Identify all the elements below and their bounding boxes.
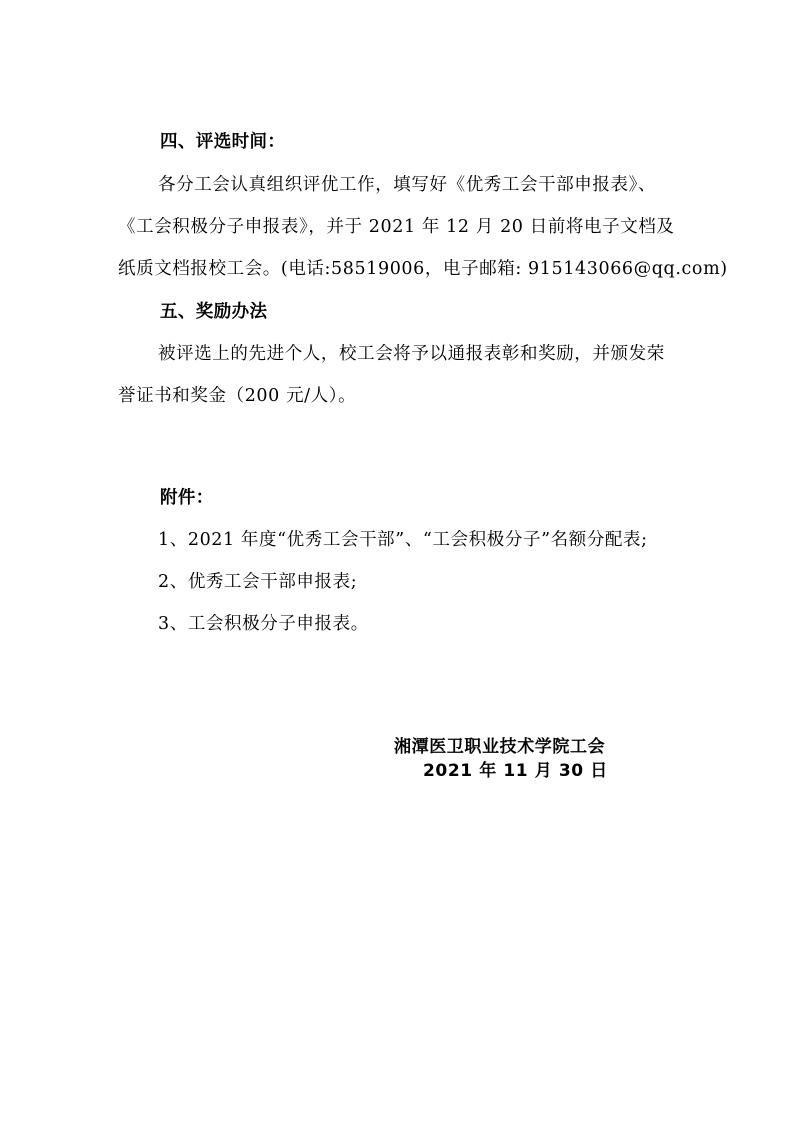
attachment-item-3: 3、工会积极分子申报表。	[158, 612, 369, 636]
section4-line-3: 纸质文档报校工会。(电话:58519006，电子邮箱: 915143066@qq…	[118, 257, 728, 281]
signature-organization: 湘潭医卫职业技术学院工会	[394, 735, 605, 759]
section4-heading: 四、评选时间：	[160, 130, 285, 154]
attachments-heading: 附件：	[160, 486, 214, 510]
section5-line-2: 誉证书和奖金（200 元/人）。	[118, 384, 356, 408]
signature-date: 2021 年 11 月 30 日	[423, 759, 608, 783]
document-page: 四、评选时间： 各分工会认真组织评优工作，填写好《优秀工会干部申报表》、 《工会…	[0, 0, 793, 1122]
section5-heading: 五、奖励办法	[160, 300, 267, 324]
attachment-item-1: 1、2021 年度“优秀工会干部”、“工会积极分子”名额分配表;	[158, 528, 648, 552]
section4-line-1: 各分工会认真组织评优工作，填写好《优秀工会干部申报表》、	[158, 173, 656, 197]
section5-line-1: 被评选上的先进个人，校工会将予以通报表彰和奖励，并颁发荣	[158, 342, 665, 366]
attachment-item-2: 2、优秀工会干部申报表;	[158, 570, 357, 594]
section4-line-2: 《工会积极分子申报表》，并于 2021 年 12 月 20 日前将电子文档及	[118, 215, 675, 239]
